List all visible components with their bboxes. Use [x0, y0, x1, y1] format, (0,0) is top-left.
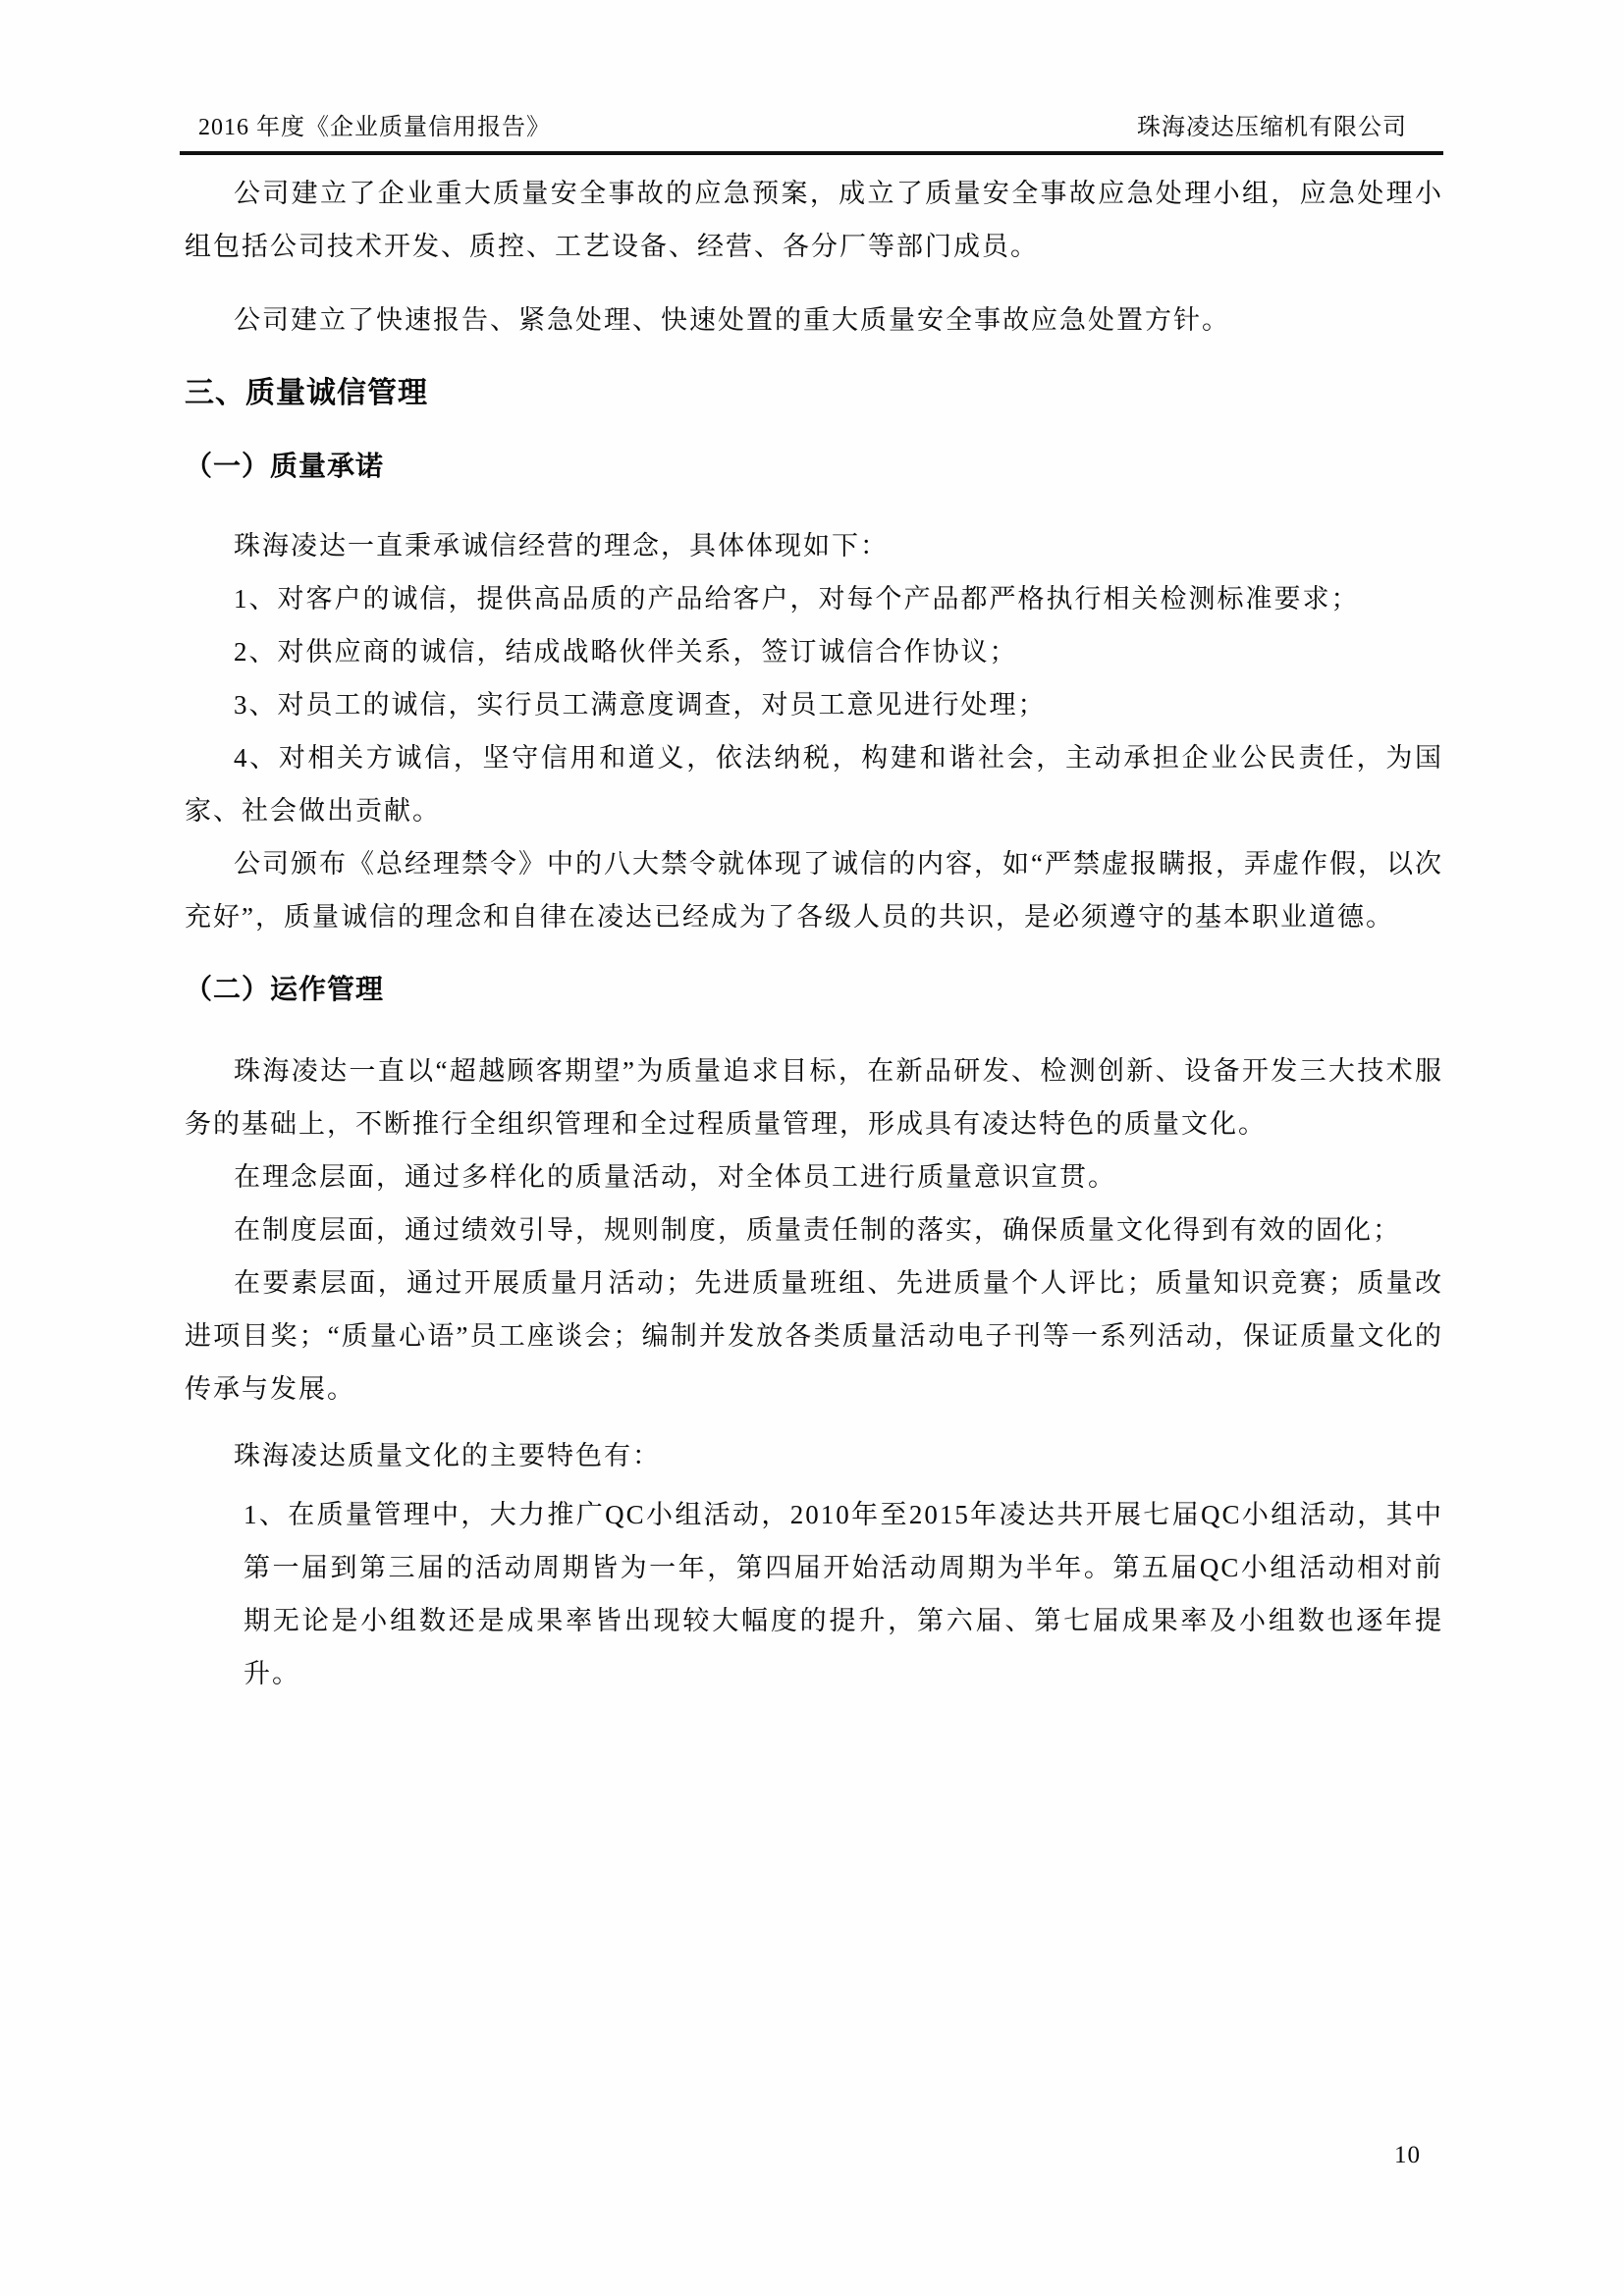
header-company-name: 珠海凌达压缩机有限公司	[1137, 112, 1407, 143]
header-report-title: 2016 年度《企业质量信用报告》	[198, 112, 551, 143]
paragraph-concept-level: 在理念层面，通过多样化的质量活动，对全体员工进行质量意识宣贯。	[185, 1150, 1443, 1203]
page-header: 2016 年度《企业质量信用报告》 珠海凌达压缩机有限公司	[180, 112, 1443, 155]
commitment-list: 1、对客户的诚信，提供高品质的产品给客户，对每个产品都严格执行相关检测标准要求；…	[185, 572, 1443, 837]
paragraph-culture-features-intro: 珠海凌达质量文化的主要特色有：	[185, 1429, 1443, 1482]
list-item-employee-integrity: 3、对员工的诚信，实行员工满意度调查，对员工意见进行处理；	[185, 678, 1443, 731]
page-number: 10	[1394, 2140, 1421, 2171]
paragraph-integrity-intro: 珠海凌达一直秉承诚信经营的理念，具体体现如下：	[185, 519, 1443, 572]
paragraph-element-level: 在要素层面，通过开展质量月活动；先进质量班组、先进质量个人评比；质量知识竞赛；质…	[185, 1256, 1443, 1415]
list-item-stakeholder-integrity: 4、对相关方诚信，坚守信用和道义，依法纳税，构建和谐社会，主动承担企业公民责任，…	[185, 731, 1443, 837]
paragraph-qc-activities: 1、在质量管理中，大力推广QC小组活动，2010年至2015年凌达共开展七届QC…	[185, 1488, 1443, 1700]
paragraph-emergency-plan: 公司建立了企业重大质量安全事故的应急预案，成立了质量安全事故应急处理小组，应急处…	[185, 167, 1443, 273]
heading-quality-commitment: （一）质量承诺	[185, 441, 1443, 494]
document-page: 2016 年度《企业质量信用报告》 珠海凌达压缩机有限公司 公司建立了企业重大质…	[0, 0, 1624, 2296]
paragraph-system-level: 在制度层面，通过绩效引导，规则制度，质量责任制的落实，确保质量文化得到有效的固化…	[185, 1203, 1443, 1256]
list-item-customer-integrity: 1、对客户的诚信，提供高品质的产品给客户，对每个产品都严格执行相关检测标准要求；	[185, 572, 1443, 625]
heading-quality-integrity-management: 三、质量诚信管理	[185, 367, 1443, 420]
paragraph-quality-culture-overview: 珠海凌达一直以“超越顾客期望”为质量追求目标，在新品研发、检测创新、设备开发三大…	[185, 1044, 1443, 1150]
paragraph-gm-prohibitions: 公司颁布《总经理禁令》中的八大禁令就体现了诚信的内容，如“严禁虚报瞒报，弄虚作假…	[185, 837, 1443, 943]
paragraph-emergency-policy: 公司建立了快速报告、紧急处理、快速处置的重大质量安全事故应急处置方针。	[185, 294, 1443, 347]
heading-operation-management: （二）运作管理	[185, 964, 1443, 1017]
document-body: 公司建立了企业重大质量安全事故的应急预案，成立了质量安全事故应急处理小组，应急处…	[185, 167, 1443, 1700]
list-item-supplier-integrity: 2、对供应商的诚信，结成战略伙伴关系，签订诚信合作协议；	[185, 625, 1443, 678]
